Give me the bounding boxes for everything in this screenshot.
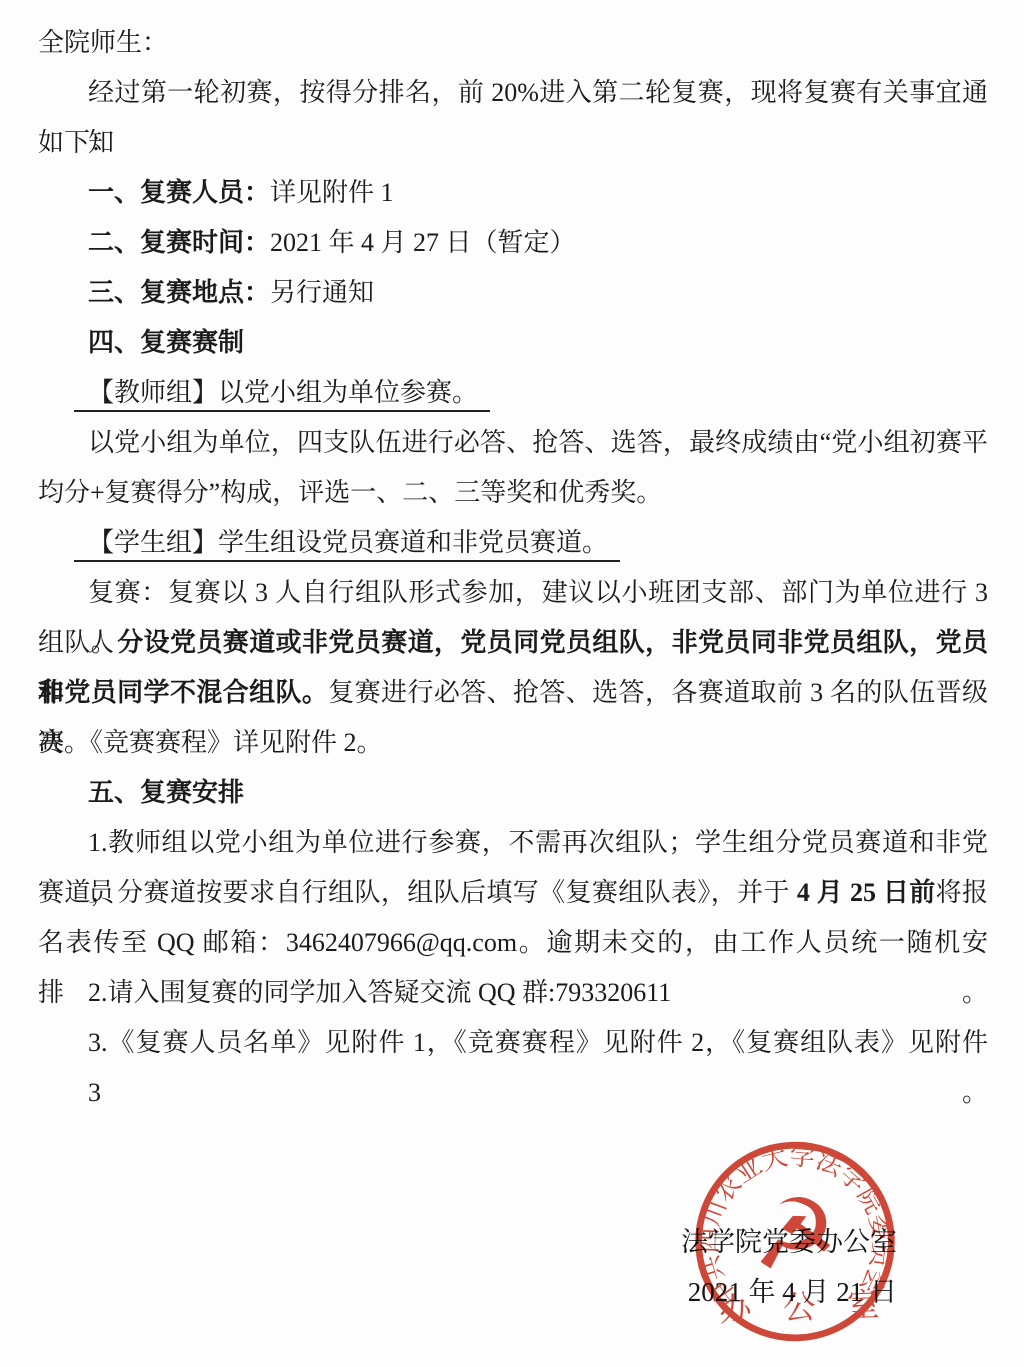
hammer-and-sickle-icon: ☭ [750,1180,840,1290]
text-line-intro-line-1: 经过第一轮初赛，按得分排名，前 20%进入第二轮复赛，现将复赛有关事宜通知 [38,68,988,118]
text-line-intro-line-2: 如下： [38,118,988,168]
notice-document-body: 全院师生：经过第一轮初赛，按得分排名，前 20%进入第二轮复赛，现将复赛有关事宜… [38,18,988,1068]
text-line-student-group-desc-1: 复赛：复赛以 3 人自行组队形式参加，建议以小班团支部、部门为单位进行 3 人 [38,568,988,618]
text-segment: 均分+复赛得分”构成，评选一、二、三等奖和优秀奖。 [38,478,662,507]
text-segment: 另行通知 [270,278,374,307]
text-segment: 3.《复赛人员名单》见附件 1，《竞赛赛程》见附件 2，《复赛组队表》见附件 3… [88,1028,988,1107]
text-line-teacher-group-desc-1: 以党小组为单位，四支队伍进行必答、抢答、选答，最终成绩由“党小组初赛平 [38,418,988,468]
text-line-student-group-heading: 【学生组】学生组设党员赛道和非党员赛道。 [38,518,988,568]
text-line-item-5-arrangement: 五、复赛安排 [38,768,988,818]
text-line-arrangement-1-line-3: 名表传至 QQ 邮箱：3462407966@qq.com。逾期未交的，由工作人员… [38,918,988,968]
text-segment: 二、复赛时间： [88,228,270,257]
text-line-teacher-group-desc-2: 均分+复赛得分”构成，评选一、二、三等奖和优秀奖。 [38,468,988,518]
text-line-salutation: 全院师生： [38,18,988,68]
text-segment: 一、复赛人员： [88,178,270,207]
text-line-student-group-desc-2: 组队。分设党员赛道或非党员赛道，党员同党员组队，非党员同非党员组队，党员和 [38,618,988,668]
text-segment: 2021 年 4 月 27 日（暂定） [270,228,576,257]
text-segment: 以党小组为单位，四支队伍进行必答、抢答、选答，最终成绩由“党小组初赛平 [88,428,988,457]
text-line-item-3-location: 三、复赛地点：另行通知 [38,268,988,318]
text-segment: 全院师生： [38,28,168,57]
text-segment: 赛。《竞赛赛程》详见附件 2。 [38,728,383,757]
text-line-teacher-group-heading: 【教师组】以党小组为单位参赛。 [38,368,988,418]
text-line-item-4-format: 四、复赛赛制 [38,318,988,368]
text-segment: 2.请入围复赛的同学加入答疑交流 QQ 群:793320611 [88,978,671,1007]
text-line-student-group-desc-4: 赛。《竞赛赛程》详见附件 2。 [38,718,988,768]
text-segment: 【教师组】以党小组为单位参赛。 [74,378,490,412]
text-segment: 4 月 25 日前 [797,878,936,907]
text-line-item-2-time: 二、复赛时间：2021 年 4 月 27 日（暂定） [38,218,988,268]
text-line-arrangement-1-line-1: 1.教师组以党小组为单位进行参赛，不需再次组队；学生组分党员赛道和非党员 [38,818,988,868]
text-line-item-1-participants: 一、复赛人员：详见附件 1 [38,168,988,218]
text-segment: 五、复赛安排 [88,778,244,807]
text-segment: 赛道，分赛道按要求自行组队，组队后填写《复赛组队表》，并于 [38,878,797,907]
text-line-arrangement-1-line-2: 赛道，分赛道按要求自行组队，组队后填写《复赛组队表》，并于 4 月 25 日前将… [38,868,988,918]
text-segment: 组队。 [38,628,117,657]
scanned-notice-page: { "page": { "background": "#fdfdfd", "in… [0,0,1024,1367]
text-segment: 三、复赛地点： [88,278,270,307]
text-segment: 四、复赛赛制 [88,328,244,357]
text-segment: 【学生组】学生组设党员赛道和非党员赛道。 [74,528,620,562]
seal-bottom-text: 办 公 室 [718,1286,892,1329]
official-seal-graphic: 中共四川农业大学法学院委员会 ☭ 办 公 室 [685,1130,904,1352]
text-segment: 非党员同学不混合组队。 [38,678,328,707]
text-line-student-group-desc-3: 非党员同学不混合组队。复赛进行必答、抢答、选答，各赛道取前 3 名的队伍晋级决 [38,668,988,718]
official-seal: 中共四川农业大学法学院委员会 ☭ 办 公 室 [685,1130,904,1352]
text-segment: 将报 [936,878,988,907]
text-segment: 如下： [38,128,116,157]
text-segment: 详见附件 1 [270,178,394,207]
text-line-arrangement-3: 3.《复赛人员名单》见附件 1，《竞赛赛程》见附件 2，《复赛组队表》见附件 3… [38,1018,988,1068]
